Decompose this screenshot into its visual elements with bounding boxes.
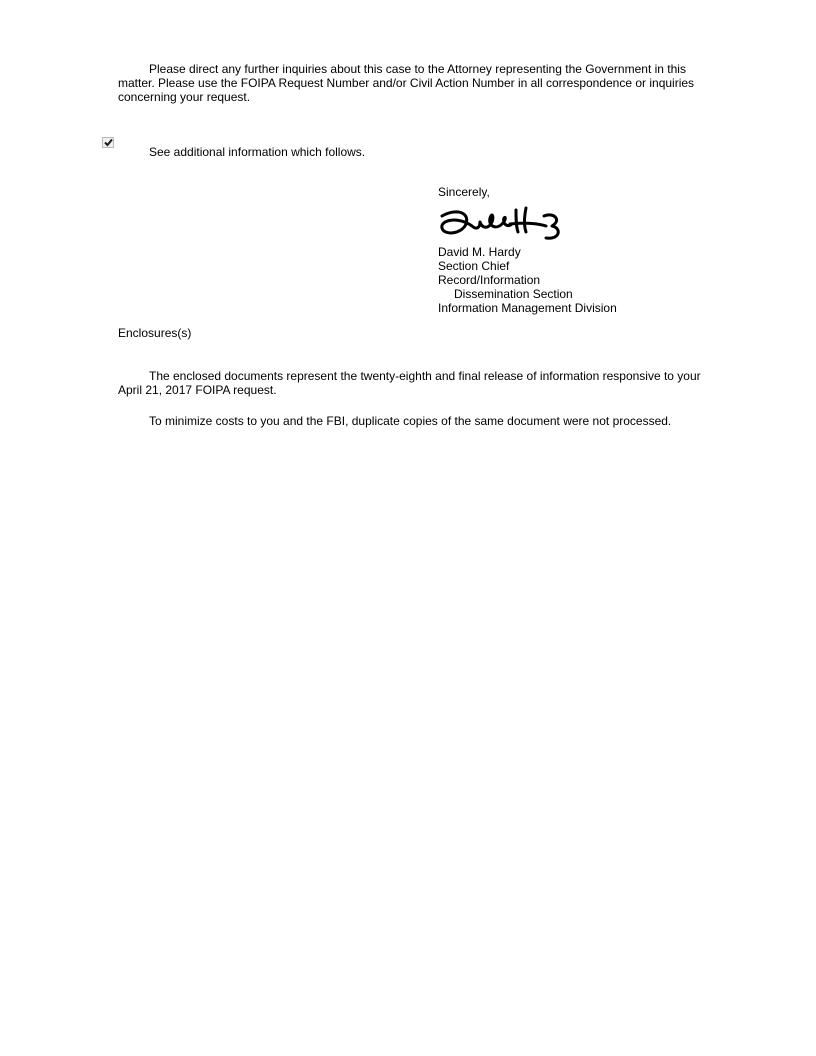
signer-division: Information Management Division <box>438 301 617 315</box>
handwritten-signature-icon <box>436 202 566 244</box>
inquiries-paragraph: Please direct any further inquiries abou… <box>118 62 708 104</box>
checkmark-icon <box>104 138 113 147</box>
additional-info-checkbox[interactable] <box>102 137 114 148</box>
closing: Sincerely, <box>438 185 617 199</box>
additional-info-label: See additional information which follows… <box>149 145 365 159</box>
signer-section-line1: Record/Information <box>438 273 617 287</box>
signer-title: Section Chief <box>438 259 617 273</box>
document-page: Please direct any further inquiries abou… <box>0 0 816 1056</box>
release-paragraph: The enclosed documents represent the twe… <box>118 369 708 397</box>
enclosures-note: Enclosures(s) <box>118 326 191 340</box>
signer-name: David M. Hardy <box>438 245 617 259</box>
duplicates-paragraph: To minimize costs to you and the FBI, du… <box>118 414 708 428</box>
signature-block: Sincerely, David M. Hardy Section Chief … <box>438 185 617 315</box>
signer-section-line2: Dissemination Section <box>438 287 617 301</box>
